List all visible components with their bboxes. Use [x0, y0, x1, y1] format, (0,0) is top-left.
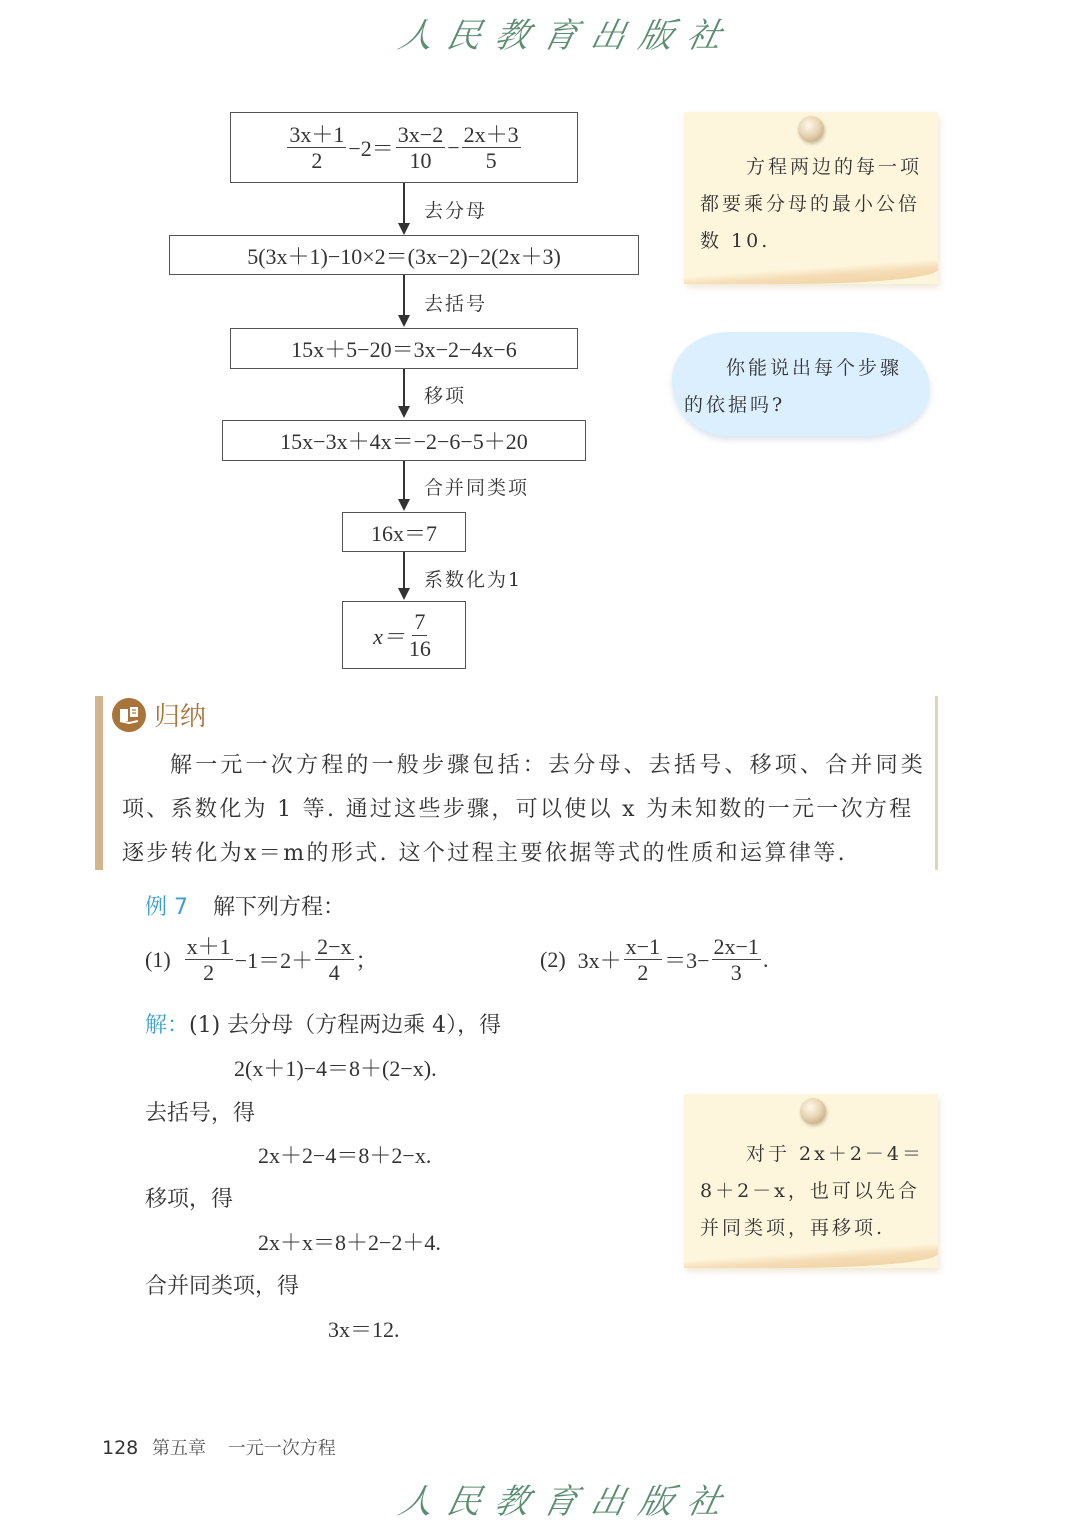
- fraction: 2x＋35: [462, 122, 521, 174]
- equation-box-5: 16x＝7: [342, 512, 466, 552]
- step-label: 系数化为1: [424, 565, 522, 592]
- problem-2: (2) 3x＋ x−12 ＝3− 2x−13 .: [540, 934, 768, 986]
- summary-left-bar: [95, 696, 103, 870]
- equation-box-4: 15x−3x＋4x＝−2−6−5＋20: [222, 420, 586, 461]
- arrowhead-icon: [398, 588, 410, 600]
- step-label: 合并同类项: [424, 473, 529, 500]
- paper-curl: [684, 1244, 938, 1268]
- summary-line-1: 解一元一次方程的一般步骤包括：去分母、去括号、移项、合并同类: [170, 748, 926, 779]
- solution-equation-3: 2x＋x＝8＋2−2＋4.: [258, 1226, 441, 1257]
- step-label: 移项: [424, 381, 466, 408]
- step-label: 去括号: [424, 289, 487, 316]
- fraction: 2−x4: [315, 934, 353, 986]
- publisher-watermark-bottom: 人民教育出版社: [395, 1474, 741, 1523]
- publisher-watermark-top: 人民教育出版社: [395, 8, 741, 57]
- arrowhead-icon: [398, 315, 410, 327]
- equation-box-2: 5(3x＋1)−10×2＝(3x−2)−2(2x＋3): [169, 235, 639, 275]
- solution-label: 解：: [145, 1013, 189, 1038]
- arrowhead-icon: [398, 406, 410, 418]
- summary-header: 归纳: [112, 696, 206, 733]
- solution-step: 合并同类项，得: [145, 1269, 299, 1300]
- arrowhead-icon: [398, 223, 410, 235]
- summary-line-2: 项、系数化为 1 等. 通过这些步骤，可以使以 x 为未知数的一元一次方程: [122, 792, 913, 823]
- arrow-down-icon: [403, 552, 405, 588]
- solution-equation-2: 2x＋2−4＝8＋2−x.: [258, 1139, 431, 1170]
- chapter-label: 第五章: [152, 1438, 206, 1459]
- page-number: 128: [102, 1437, 138, 1459]
- equation-box-1: 3x＋12 −2＝ 3x−210 − 2x＋35: [230, 112, 578, 183]
- sticky-note-1: 方程两边的每一项 都要乘分母的最小公倍 数 10.: [684, 112, 938, 284]
- summary-line-3: 逐步转化为x＝m的形式. 这个过程主要依据等式的性质和运算律等.: [122, 836, 847, 867]
- fraction: 2x−13: [712, 934, 761, 986]
- fraction: x−12: [624, 934, 662, 986]
- solution-equation-4: 3x＝12.: [328, 1313, 400, 1344]
- arrow-down-icon: [403, 369, 405, 406]
- step-label: 去分母: [424, 196, 487, 223]
- solution-equation-1: 2(x＋1)−4＝8＋(2−x).: [234, 1052, 437, 1083]
- solution-line-1: 解：(1) 去分母（方程两边乘 4），得: [145, 1008, 501, 1039]
- fraction: 3x−210: [396, 122, 445, 174]
- example-label: 例 7: [145, 895, 188, 920]
- fraction: 3x＋12: [287, 122, 346, 174]
- arrowhead-icon: [398, 499, 410, 511]
- equation-box-6: x＝ 716: [342, 601, 466, 669]
- thought-cloud: 你能说出每个步骤 的依据吗?: [672, 332, 930, 436]
- summary-title: 归纳: [154, 696, 206, 733]
- solution-step: 去括号，得: [145, 1096, 255, 1127]
- example-prompt: 解下列方程：: [213, 895, 345, 920]
- arrow-down-icon: [403, 461, 405, 499]
- equation-box-3: 15x＋5−20＝3x−2−4x−6: [230, 328, 578, 369]
- sticky-note-2: 对于 2x＋2－4＝ 8＋2－x，也可以先合 并同类项，再移项.: [684, 1094, 938, 1268]
- pushpin-icon: [798, 116, 824, 142]
- problem-1: (1) x＋12 −1＝2＋ 2−x4 ；: [145, 934, 378, 986]
- arrow-down-icon: [403, 275, 405, 315]
- example-heading: 例 7 解下列方程：: [145, 890, 345, 921]
- fraction: x＋12: [185, 934, 233, 986]
- paper-curl: [684, 260, 938, 284]
- fraction: 716: [407, 609, 433, 661]
- page-footer: 128 第五章 一元一次方程: [102, 1434, 336, 1460]
- book-icon: [112, 698, 146, 732]
- pushpin-icon: [800, 1098, 826, 1124]
- arrow-down-icon: [403, 183, 405, 223]
- chapter-title: 一元一次方程: [228, 1438, 336, 1459]
- solution-step: 移项，得: [145, 1182, 233, 1213]
- summary-right-line: [935, 696, 938, 870]
